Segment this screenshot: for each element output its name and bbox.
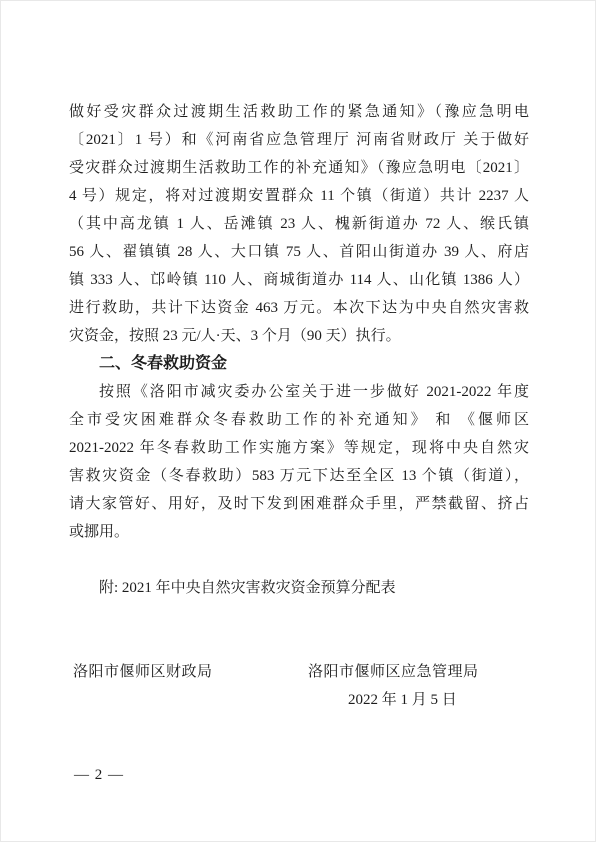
signature-date-row: 2022 年 1 月 5 日 <box>69 686 529 714</box>
signature-left: 洛阳市偃师区财政局 <box>73 658 213 686</box>
signature-date: 2022 年 1 月 5 日 <box>348 686 457 714</box>
body-text-line: 做好受灾群众过渡期生活救助工作的紧急通知》（豫应急明电 <box>69 98 529 126</box>
body-text-line: 进行救助，共计下达资金 463 万元。本次下达为中央自然灾害救 <box>69 294 529 322</box>
blank-line <box>69 602 529 630</box>
page-number: — 2 — <box>74 765 124 785</box>
body-text-line: 镇 333 人、邙岭镇 110 人、商城街道办 114 人、山化镇 1386 人… <box>69 266 529 294</box>
body-text-line: 按照《洛阳市减灾委办公室关于进一步做好 2021-2022 年度 <box>69 378 529 406</box>
section-heading: 二、冬春救助资金 <box>69 350 529 378</box>
document-page: 做好受灾群众过渡期生活救助工作的紧急通知》（豫应急明电 〔2021〕1 号）和《… <box>0 0 596 842</box>
body-text-line: 4 号）规定，将对过渡期安置群众 11 个镇（街道）共计 2237 人 <box>69 182 529 210</box>
blank-line <box>69 630 529 658</box>
body-text-line: 受灾群众过渡期生活救助工作的补充通知》（豫应急明电〔2021〕 <box>69 154 529 182</box>
body-text-line: 灾资金，按照 23 元/人·天、3 个月（90 天）执行。 <box>69 322 529 350</box>
body-text-line: 或挪用。 <box>69 518 529 546</box>
signature-row: 洛阳市偃师区财政局 洛阳市偃师区应急管理局 <box>69 658 529 686</box>
document-body: 做好受灾群众过渡期生活救助工作的紧急通知》（豫应急明电 〔2021〕1 号）和《… <box>69 98 529 714</box>
blank-line <box>69 546 529 574</box>
body-text-line: （其中高龙镇 1 人、岳滩镇 23 人、槐新街道办 72 人、缑氏镇 <box>69 210 529 238</box>
body-text-line: 2021-2022 年冬春救助工作实施方案》等规定，现将中央自然灾 <box>69 434 529 462</box>
body-text-line: 56 人、翟镇镇 28 人、大口镇 75 人、首阳山街道办 39 人、府店 <box>69 238 529 266</box>
body-text-line: 〔2021〕1 号）和《河南省应急管理厅 河南省财政厅 关于做好 <box>69 126 529 154</box>
body-text-line: 全市受灾困难群众冬春救助工作的补充通知》 和 《偃师区 <box>69 406 529 434</box>
attachment-note: 附: 2021 年中央自然灾害救灾资金预算分配表 <box>69 574 529 602</box>
signature-right: 洛阳市偃师区应急管理局 <box>308 658 479 686</box>
body-text-line: 请大家管好、用好，及时下发到困难群众手里，严禁截留、挤占 <box>69 490 529 518</box>
body-text-line: 害救灾资金（冬春救助）583 万元下达至全区 13 个镇（街道）， <box>69 462 529 490</box>
